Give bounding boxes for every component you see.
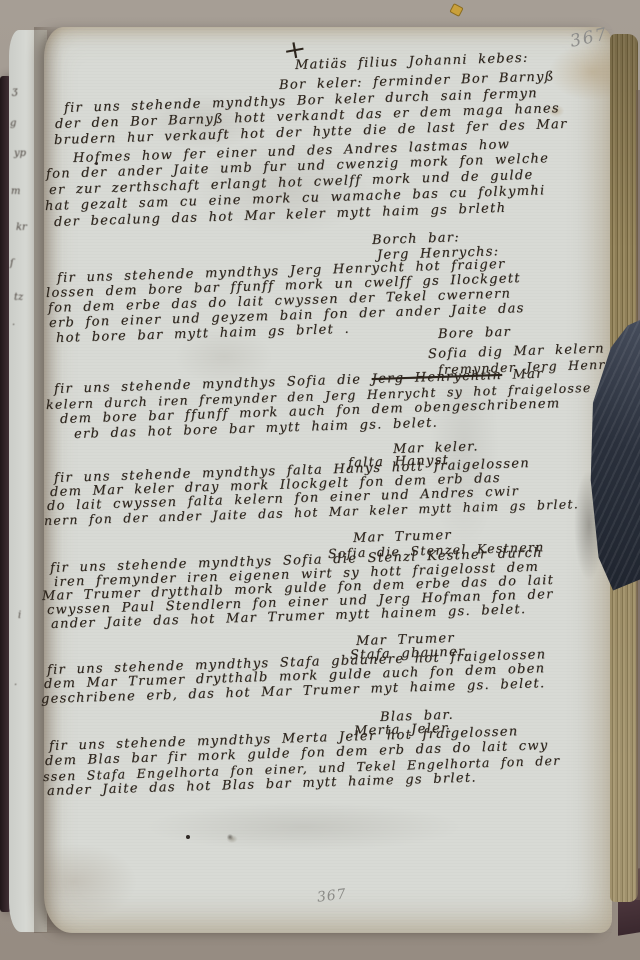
facing-page-ink-fragment: · [12, 320, 15, 331]
facing-page-ink-fragment: i [18, 610, 21, 621]
debris-speck [449, 3, 463, 17]
facing-page-ink-fragment: tz [14, 292, 23, 303]
ink-speck [186, 835, 190, 839]
facing-page-ink-fragment: ʒ [12, 86, 18, 97]
block3-line1-after: Mar [502, 367, 544, 383]
facing-page-ink-fragment: · [14, 680, 17, 691]
facing-page-ink-fragment: g [10, 118, 16, 129]
ink-speck [95, 162, 98, 165]
facing-page-ink-fragment: kr [16, 222, 27, 233]
block2-line5-right: Bore bar [438, 325, 512, 342]
facing-page-ink-fragment: yp [14, 148, 26, 159]
facing-page-ink-fragment: m [11, 186, 20, 197]
manuscript-photo: ʒ g yp m kr ſ tz · i · + 367 367 Matiäs … [0, 0, 640, 960]
facing-page-ink-fragment: ſ [10, 258, 14, 269]
